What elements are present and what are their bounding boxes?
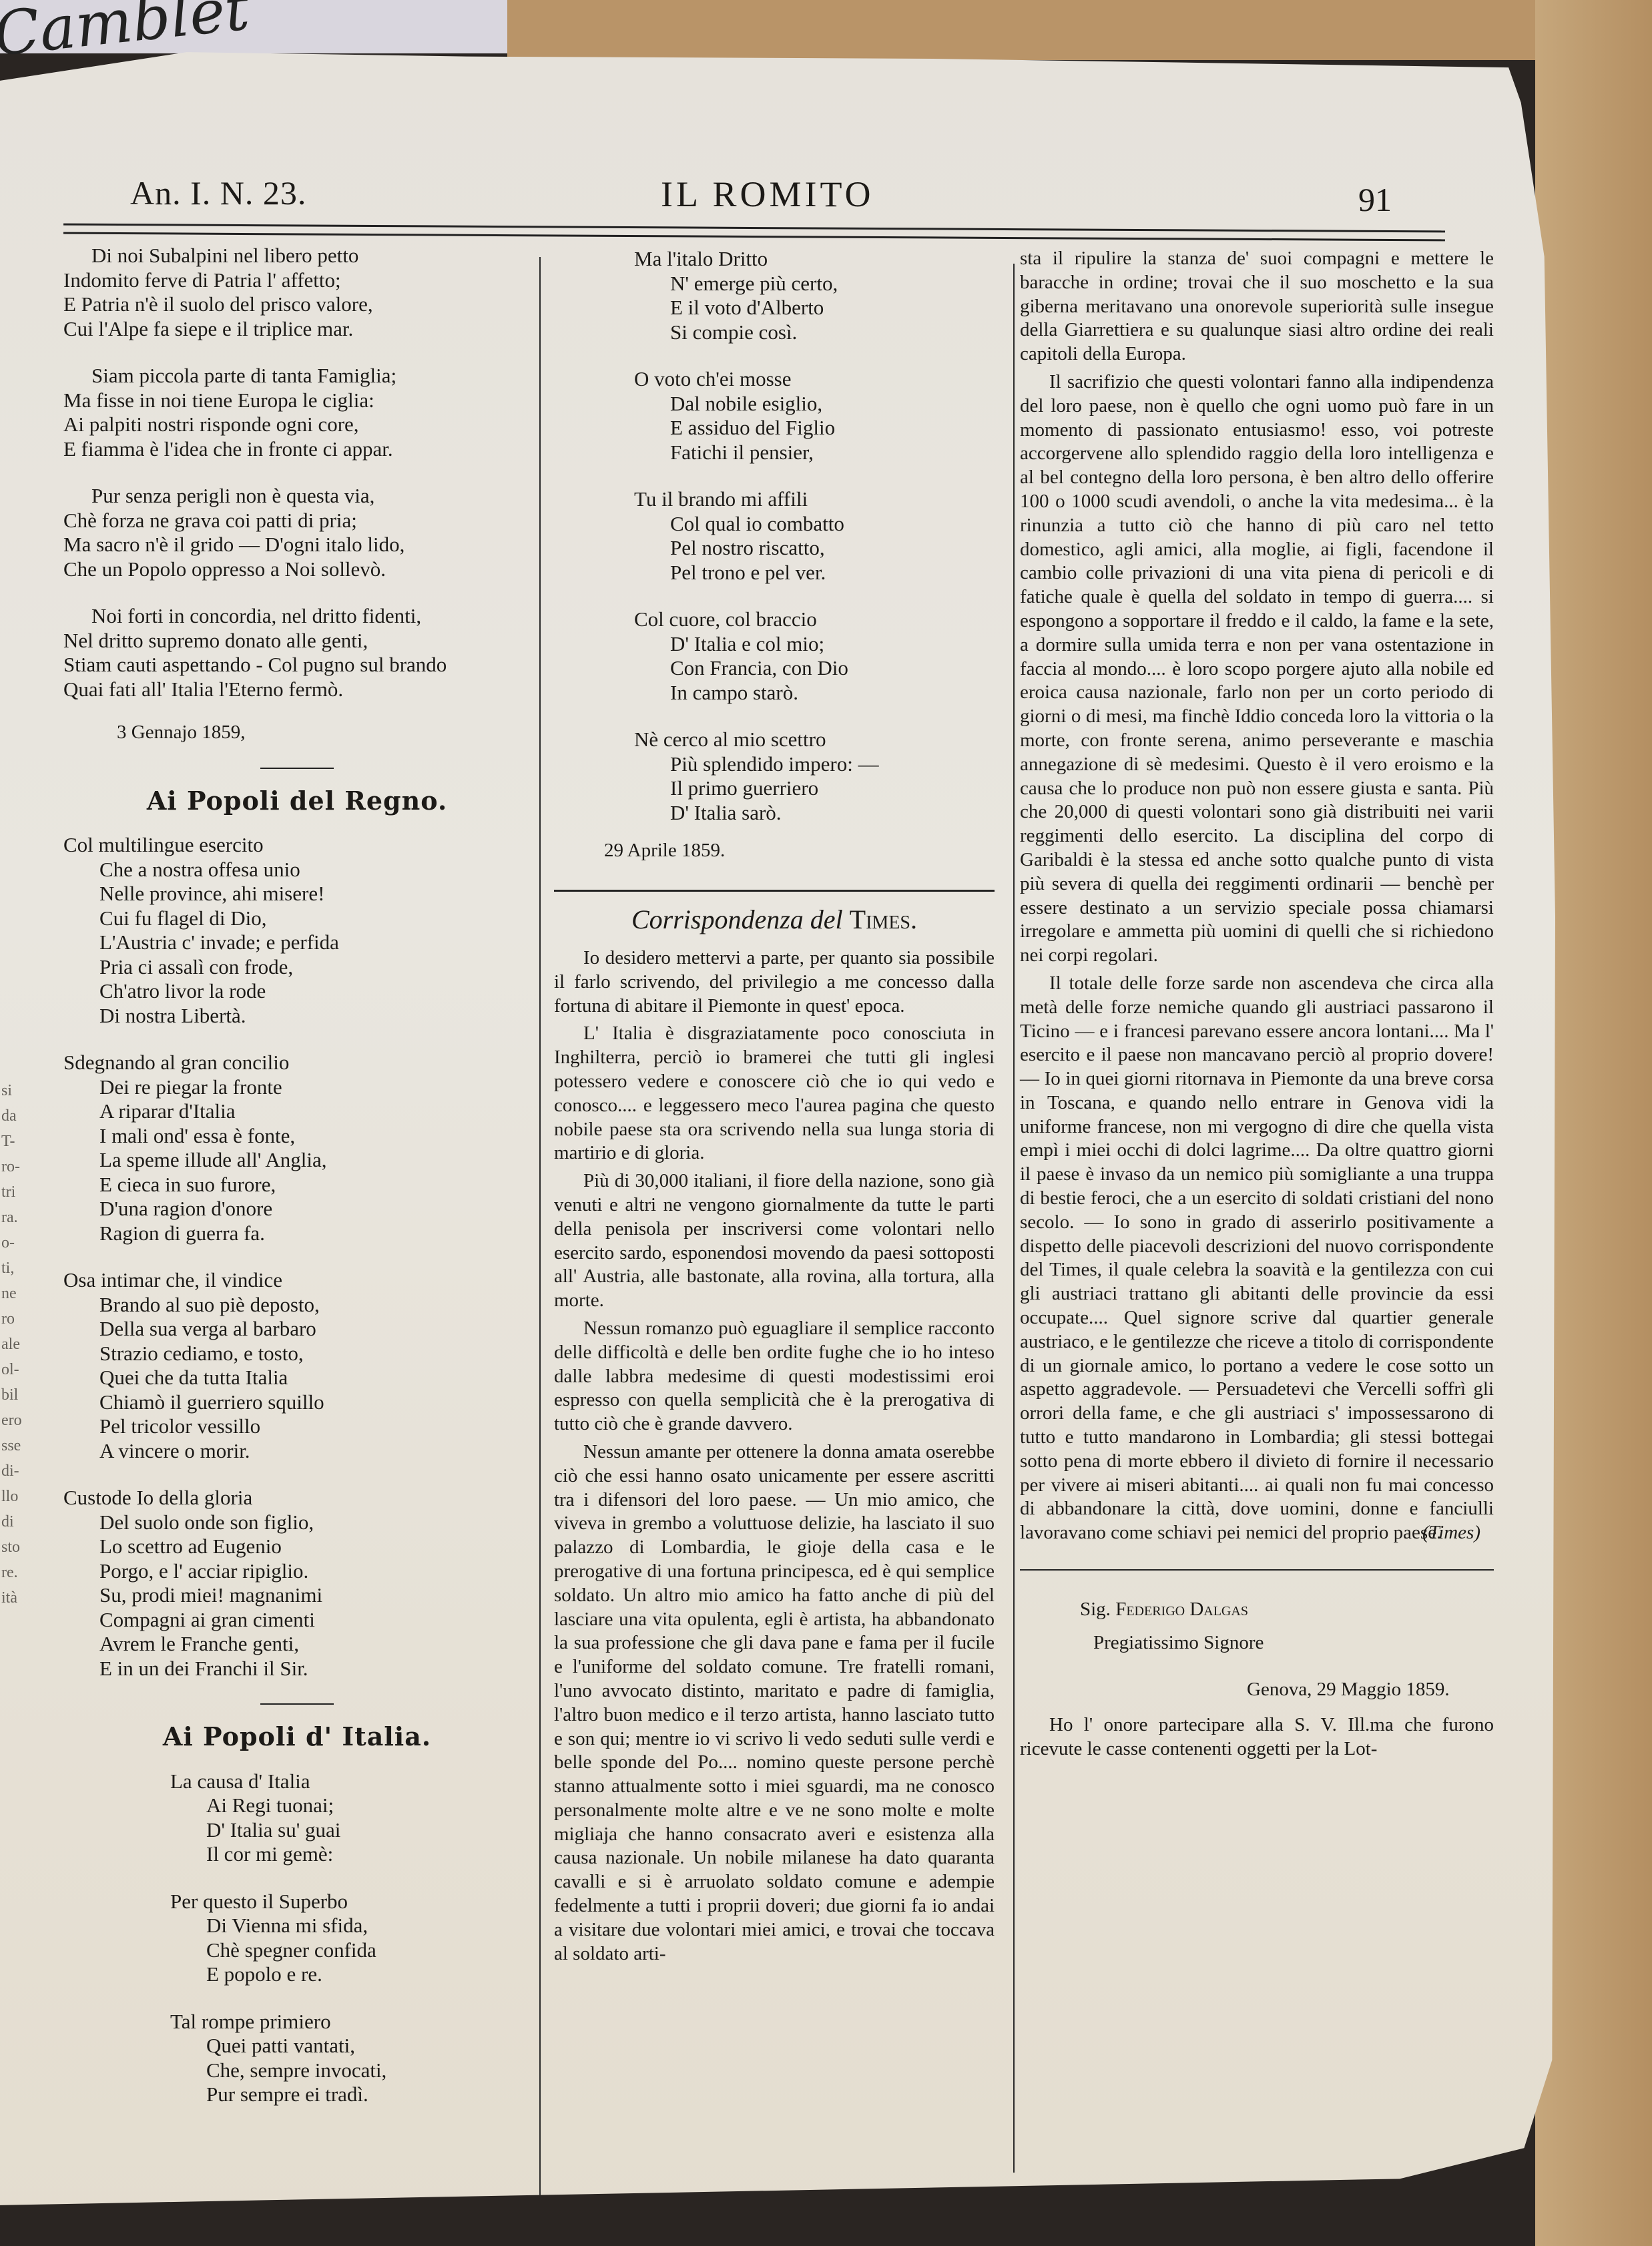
verse-line: Stiam cauti aspettando - Col pugno sul b…	[63, 653, 531, 677]
verse-line: Chiamò il guerriero squillo	[63, 1390, 531, 1415]
verse-line: Lo scettro ad Eugenio	[63, 1534, 531, 1559]
poem-subalpini: Di noi Subalpini nel libero pettoIndomit…	[63, 244, 531, 701]
verse-line: Col multilingue esercito	[63, 833, 531, 858]
verse-line: Che un Popolo oppresso a Noi sollevò.	[63, 557, 531, 582]
bleed-fragment: ol-	[1, 1357, 22, 1382]
bleed-fragment: ti,	[1, 1255, 22, 1281]
bleed-fragment: ro-	[1, 1154, 22, 1179]
verse-line: E in un dei Franchi il Sir.	[63, 1657, 531, 1681]
stanza: Nè cerco al mio scettroPiù splendido imp…	[634, 728, 995, 825]
separator-rule	[260, 1703, 334, 1705]
verse-line: Pel trono e pel ver.	[634, 561, 995, 585]
section-rule	[1020, 1569, 1494, 1571]
article-body: Io desidero mettervi a parte, per quanto…	[554, 946, 995, 1966]
verse-line: Tu il brando mi affili	[634, 487, 995, 512]
poem-title: Ai Popoli del Regno.	[63, 789, 531, 814]
verse-line: E assiduo del Figlio	[634, 416, 995, 441]
paragraph: Il sacrifizio che questi volontari fanno…	[1020, 370, 1494, 968]
column-middle: Ma l'italo DrittoN' emerge più certo,E i…	[554, 247, 995, 1970]
stanza: Col cuore, col braccioD' Italia e col mi…	[634, 607, 995, 705]
poem-ai-popoli-del-regno: Col multilingue esercitoChe a nostra off…	[63, 833, 531, 1681]
verse-line: Custode Io della gloria	[63, 1486, 531, 1510]
addressee-name: Federigo Dalgas	[1115, 1599, 1248, 1620]
verse-line: E popolo e re.	[170, 1962, 531, 1987]
bleed-fragment: ro	[1, 1306, 22, 1332]
separator-rule	[260, 768, 334, 769]
verse-line: Fatichi il pensier,	[634, 441, 995, 465]
verse-line: Chè spegner confida	[170, 1938, 531, 1963]
verse-line: Quei patti vantati,	[170, 2034, 531, 2058]
verse-line: Quei che da tutta Italia	[63, 1366, 531, 1390]
bleed-fragment: di	[1, 1509, 22, 1534]
poem-ai-popoli-d-italia: La causa d' ItaliaAi Regi tuonai;D' Ital…	[63, 1769, 531, 2107]
verse-line: Ma l'italo Dritto	[634, 247, 995, 272]
verse-line: Pel tricolor vessillo	[63, 1414, 531, 1439]
stanza: Pur senza perigli non è questa via,Chè f…	[63, 484, 531, 581]
bleed-fragment: si	[1, 1078, 22, 1103]
verse-line: L'Austria c' invade; e perfida	[63, 930, 531, 955]
verse-line: A riparar d'Italia	[63, 1099, 531, 1124]
verse-line: Tal rompe primiero	[170, 2010, 531, 2034]
stanza: Sdegnando al gran concilioDei re piegar …	[63, 1051, 531, 1245]
background-paper-note: Camblet	[0, 0, 507, 53]
verse-line: Dei re piegar la fronte	[63, 1075, 531, 1100]
verse-line: Quai fati all' Italia l'Eterno fermò.	[63, 677, 531, 702]
paragraph: Più di 30,000 italiani, il fiore della n…	[554, 1169, 995, 1313]
verse-line: Cui l'Alpe fa siepe e il triplice mar.	[63, 317, 531, 342]
paragraph: Io desidero mettervi a parte, per quanto…	[554, 946, 995, 1018]
paragraph: sta il ripulire la stanza de' suoi compa…	[1020, 247, 1494, 366]
masthead: An. I. N. 23. IL ROMITO 91	[0, 174, 1468, 220]
adjacent-page-bleed: sidaT-ro-trira.o-ti,neroaleol-bilerossed…	[1, 1078, 22, 1611]
verse-line: E il voto d'Alberto	[634, 296, 995, 320]
article-title-caps: Times.	[850, 904, 917, 934]
verse-line: Osa intimar che, il vindice	[63, 1268, 531, 1293]
verse-line: Brando al suo piè deposto,	[63, 1293, 531, 1318]
verse-line: E cieca in suo furore,	[63, 1173, 531, 1197]
verse-line: Noi forti in concordia, nel dritto fiden…	[63, 604, 531, 629]
column-right: sta il ripulire la stanza de' suoi compa…	[1020, 247, 1494, 1765]
article-title-italic: Corrispondenza del	[631, 904, 843, 934]
letter-place-date: Genova, 29 Maggio 1859.	[1020, 1677, 1494, 1701]
verse-line: La causa d' Italia	[170, 1769, 531, 1794]
article-body-continued: sta il ripulire la stanza de' suoi compa…	[1020, 247, 1494, 1545]
verse-line: Avrem le Franche genti,	[63, 1632, 531, 1657]
bleed-fragment: da	[1, 1103, 22, 1129]
verse-line: Più splendido impero: —	[634, 752, 995, 777]
bleed-fragment: di-	[1, 1458, 22, 1484]
issue-number: An. I. N. 23.	[130, 174, 306, 212]
verse-line: In campo starò.	[634, 681, 995, 706]
letter-addressee: Sig. Federigo Dalgas	[1020, 1597, 1494, 1621]
verse-line: D'una ragion d'onore	[63, 1197, 531, 1221]
bleed-fragment: ero	[1, 1408, 22, 1433]
verse-line: Con Francia, con Dio	[634, 656, 995, 681]
verse-line: Su, prodi miei! magnanimi	[63, 1583, 531, 1608]
column-divider	[1013, 264, 1015, 2173]
verse-line: Ch'atro livor la rode	[63, 979, 531, 1004]
bleed-fragment: ale	[1, 1332, 22, 1357]
verse-line: Col qual io combatto	[634, 512, 995, 537]
stanza: Per questo il SuperboDi Vienna mi sfida,…	[170, 1890, 531, 1987]
section-rule	[554, 890, 995, 892]
verse-line: Ai palpiti nostri risponde ogni core,	[63, 412, 531, 437]
verse-line: Col cuore, col braccio	[634, 607, 995, 632]
verse-line: I mali ond' essa è fonte,	[63, 1124, 531, 1149]
verse-line: D' Italia sarò.	[634, 801, 995, 826]
verse-line: La speme illude all' Anglia,	[63, 1148, 531, 1173]
poem-date: 3 Gennajo 1859,	[63, 720, 531, 745]
verse-line: D' Italia su' guai	[170, 1818, 531, 1843]
paragraph: Nessun romanzo può eguagliare il semplic…	[554, 1317, 995, 1436]
poem-date: 29 Aprile 1859.	[554, 838, 995, 863]
column-left: Di noi Subalpini nel libero pettoIndomit…	[63, 244, 531, 2130]
article-title: Corrispondenza del Times.	[554, 908, 995, 932]
verse-line: Porgo, e l' acciar ripiglio.	[63, 1559, 531, 1584]
stanza: Tal rompe primieroQuei patti vantati,Che…	[170, 2010, 531, 2107]
verse-line: Pria ci assalì con frode,	[63, 955, 531, 980]
stanza: Custode Io della gloriaDel suolo onde so…	[63, 1486, 531, 1681]
paragraph: Nessun amante per ottenere la donna amat…	[554, 1440, 995, 1966]
bleed-fragment: ità	[1, 1585, 22, 1611]
bleed-fragment: T-	[1, 1129, 22, 1154]
stanza: Osa intimar che, il vindiceBrando al suo…	[63, 1268, 531, 1463]
bleed-fragment: sse	[1, 1433, 22, 1458]
stanza: Siam piccola parte di tanta Famiglia;Ma …	[63, 364, 531, 461]
verse-line: Ma fisse in noi tiene Europa le ciglia:	[63, 388, 531, 413]
verse-line: Il primo guerriero	[634, 776, 995, 801]
bleed-fragment: re.	[1, 1560, 22, 1585]
newspaper-page: sidaT-ro-trira.o-ti,neroaleol-bilerossed…	[0, 37, 1555, 2236]
stanza: Noi forti in concordia, nel dritto fiden…	[63, 604, 531, 701]
bleed-fragment: o-	[1, 1230, 22, 1255]
stanza: Tu il brando mi affiliCol qual io combat…	[634, 487, 995, 585]
bleed-fragment: ra.	[1, 1205, 22, 1230]
verse-line: Ragion di guerra fa.	[63, 1221, 531, 1246]
verse-line: E Patria n'è il suolo del prisco valore,	[63, 292, 531, 317]
verse-line: Che a nostra offesa unio	[63, 858, 531, 882]
verse-line: Cui fu flagel di Dio,	[63, 906, 531, 931]
verse-line: Indomito ferve di Patria l' affetto;	[63, 268, 531, 293]
stanza: O voto ch'ei mosseDal nobile esiglio,E a…	[634, 367, 995, 465]
stanza: La causa d' ItaliaAi Regi tuonai;D' Ital…	[170, 1769, 531, 1867]
column-divider	[539, 257, 541, 2206]
verse-line: Della sua verga al barbaro	[63, 1317, 531, 1342]
verse-line: Di noi Subalpini nel libero petto	[63, 244, 531, 268]
verse-line: A vincere o morir.	[63, 1439, 531, 1464]
verse-line: Nelle province, ahi misere!	[63, 882, 531, 906]
verse-line: Nè cerco al mio scettro	[634, 728, 995, 752]
letter-body: Ho l' onore partecipare alla S. V. Ill.m…	[1020, 1713, 1494, 1761]
verse-line: Del suolo onde son figlio,	[63, 1510, 531, 1535]
verse-line: O voto ch'ei mosse	[634, 367, 995, 392]
stanza: Ma l'italo DrittoN' emerge più certo,E i…	[634, 247, 995, 344]
verse-line: Compagni ai gran cimenti	[63, 1608, 531, 1633]
paragraph: Il totale delle forze sarde non ascendev…	[1020, 972, 1494, 1545]
verse-line: Dal nobile esiglio,	[634, 392, 995, 416]
stanza: Di noi Subalpini nel libero pettoIndomit…	[63, 244, 531, 341]
verse-line: Sdegnando al gran concilio	[63, 1051, 531, 1075]
paragraph: L' Italia è disgraziatamente poco conosc…	[554, 1022, 995, 1165]
verse-line: N' emerge più certo,	[634, 272, 995, 296]
verse-line: Di Vienna mi sfida,	[170, 1914, 531, 1938]
verse-line: Strazio cediamo, e tosto,	[63, 1342, 531, 1366]
verse-line: D' Italia e col mio;	[634, 632, 995, 657]
stanza: Col multilingue esercitoChe a nostra off…	[63, 833, 531, 1028]
page-number: 91	[1358, 180, 1392, 219]
addressee-prefix: Sig.	[1080, 1599, 1111, 1620]
letter-paragraph: Ho l' onore partecipare alla S. V. Ill.m…	[1020, 1713, 1494, 1761]
verse-line: Di nostra Libertà.	[63, 1004, 531, 1029]
poem-title: Ai Popoli d' Italia.	[63, 1725, 531, 1749]
verse-line: Siam piccola parte di tanta Famiglia;	[63, 364, 531, 388]
bleed-fragment: bil	[1, 1382, 22, 1408]
verse-line: Si compie così.	[634, 320, 995, 345]
verse-line: Per questo il Superbo	[170, 1890, 531, 1914]
poem-continued: Ma l'italo DrittoN' emerge più certo,E i…	[554, 247, 995, 825]
header-double-rule	[63, 224, 1445, 242]
verse-line: Pur sempre ei tradì.	[170, 2082, 531, 2107]
newspaper-title: IL ROMITO	[661, 174, 874, 215]
verse-line: E fiamma è l'idea che in fronte ci appar…	[63, 437, 531, 462]
verse-line: Che, sempre invocati,	[170, 2058, 531, 2083]
verse-line: Pur senza perigli non è questa via,	[63, 484, 531, 509]
verse-line: Ma sacro n'è il grido — D'ogni italo lid…	[63, 533, 531, 557]
verse-line: Chè forza ne grava coi patti di pria;	[63, 509, 531, 533]
letter-salutation: Pregiatissimo Signore	[1020, 1631, 1494, 1655]
verse-line: Pel nostro riscatto,	[634, 536, 995, 561]
bleed-fragment: sto	[1, 1534, 22, 1560]
bleed-fragment: ne	[1, 1281, 22, 1306]
verse-line: Ai Regi tuonai;	[170, 1793, 531, 1818]
bleed-fragment: llo	[1, 1484, 22, 1509]
bleed-fragment: tri	[1, 1179, 22, 1205]
verse-line: Il cor mi gemè:	[170, 1842, 531, 1867]
background-cardboard	[507, 0, 1535, 60]
verse-line: Nel dritto supremo donato alle genti,	[63, 629, 531, 653]
